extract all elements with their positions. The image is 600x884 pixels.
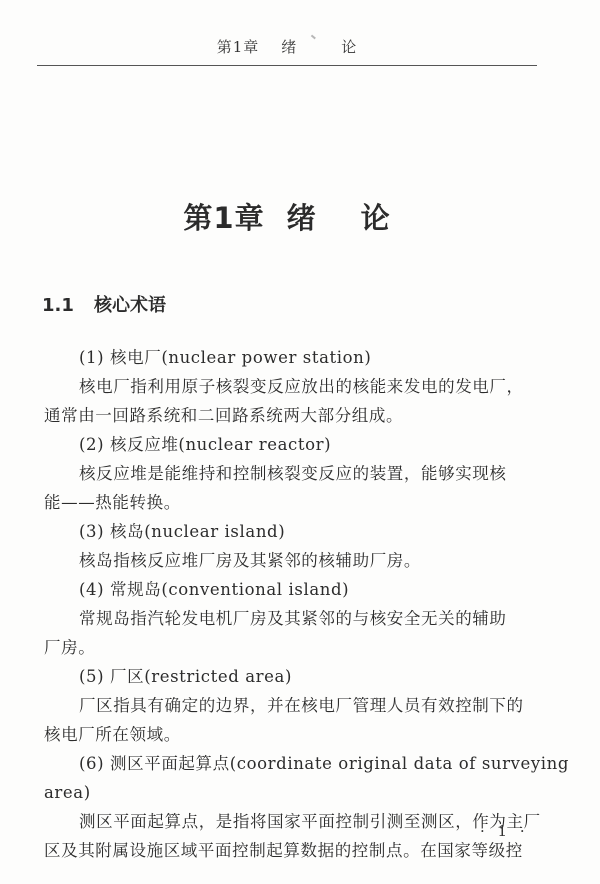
paragraph-line: 厂区指具有确定的边界，并在核电厂管理人员有效控制下的 bbox=[44, 691, 537, 720]
paragraph-line: 厂房。 bbox=[44, 633, 537, 662]
section-title-text: 核心术语 bbox=[94, 295, 166, 316]
running-head-title-b: 论 bbox=[341, 38, 357, 56]
running-head: 第1章绪论 bbox=[0, 36, 574, 57]
paragraph-line: 测区平面起算点，是指将国家平面控制引测至测区，作为主厂 bbox=[44, 807, 537, 836]
running-head-title-a: 绪 bbox=[281, 38, 297, 56]
term-heading: (2) 核反应堆(nuclear reactor) bbox=[44, 430, 537, 459]
paragraph-line: 核岛指核反应堆厂房及其紧邻的核辅助厂房。 bbox=[44, 546, 537, 575]
section-heading: 1.1核心术语 bbox=[42, 291, 166, 317]
chapter-title-number: 第1章 bbox=[183, 201, 264, 235]
body-text: (1) 核电厂(nuclear power station) 核电厂指利用原子核… bbox=[44, 343, 537, 865]
chapter-title-a: 绪 bbox=[287, 201, 317, 235]
term-heading: (4) 常规岛(conventional island) bbox=[44, 575, 537, 604]
chapter-title: 第1章绪论 bbox=[0, 196, 574, 237]
header-rule bbox=[37, 65, 537, 66]
term-heading: (3) 核岛(nuclear island) bbox=[44, 517, 537, 546]
term-heading: (1) 核电厂(nuclear power station) bbox=[44, 343, 537, 372]
paragraph-line: 常规岛指汽轮发电机厂房及其紧邻的与核安全无关的辅助 bbox=[44, 604, 537, 633]
running-head-chapter: 第1章 bbox=[217, 38, 260, 56]
book-page: 第1章绪论 第1章绪论 1.1核心术语 (1) 核电厂(nuclear powe… bbox=[0, 0, 600, 884]
term-heading: (6) 测区平面起算点(coordinate original data of … bbox=[44, 749, 537, 778]
chapter-title-b: 论 bbox=[361, 201, 391, 235]
paragraph-line: 核电厂指利用原子核裂变反应放出的核能来发电的发电厂， bbox=[44, 372, 537, 401]
paragraph-line: area) bbox=[44, 778, 537, 807]
term-heading: (5) 厂区(restricted area) bbox=[44, 662, 537, 691]
paragraph-line: 能——热能转换。 bbox=[44, 488, 537, 517]
paragraph-line: 区及其附属设施区域平面控制起算数据的控制点。在国家等级控 bbox=[44, 836, 537, 865]
page-number: · 1 · bbox=[480, 822, 529, 840]
paragraph-line: 核电厂所在领域。 bbox=[44, 720, 537, 749]
paragraph-line: 通常由一回路系统和二回路系统两大部分组成。 bbox=[44, 401, 537, 430]
section-number: 1.1 bbox=[42, 295, 94, 316]
paragraph-line: 核反应堆是能维持和控制核裂变反应的装置，能够实现核 bbox=[44, 459, 537, 488]
